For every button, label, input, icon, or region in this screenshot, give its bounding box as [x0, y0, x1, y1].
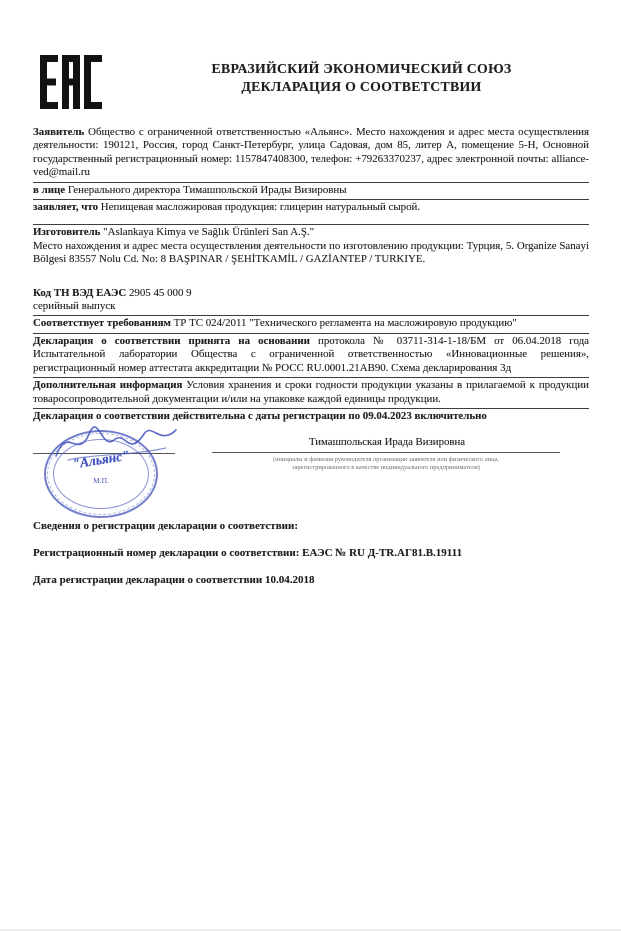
separator — [33, 333, 589, 334]
signature-caption-line2: зарегистрированного в качестве индивидуа… — [212, 464, 560, 472]
complies-text: ТР ТС 024/2011 "Технического регламента … — [174, 317, 517, 329]
title-declaration: ДЕКЛАРАЦИЯ О СООТВЕТСТВИИ — [118, 78, 605, 96]
title-union: ЕВРАЗИЙСКИЙ ЭКОНОМИЧЕСКИЙ СОЮЗ — [118, 60, 605, 78]
head-signature-line — [212, 452, 560, 453]
manufacturer-address: Место нахождения и адрес места осуществл… — [33, 240, 589, 267]
applicant-paragraph: Заявитель Общество с ограниченной ответс… — [33, 126, 589, 180]
registration-info-heading: Сведения о регистрации декларации о соот… — [33, 520, 589, 533]
registration-date-value: 10.04.2018 — [265, 574, 315, 586]
complies-label: Соответствует требованиям — [33, 317, 171, 329]
registration-number-value: ЕАЭС № RU Д-TR.АГ81.B.19111 — [302, 547, 462, 559]
tnved-code: 2905 45 000 9 — [129, 287, 192, 299]
tnved-label: Код ТН ВЭД ЕАЭС — [33, 287, 126, 299]
basis-label: Декларация о соответствии принята на осн… — [33, 335, 310, 347]
manufacturer-label: Изготовитель — [33, 226, 100, 238]
basis-paragraph: Декларация о соответствии принята на осн… — [33, 335, 589, 375]
spacer — [33, 214, 589, 222]
registration-date-line: Дата регистрации декларации о соответств… — [33, 574, 589, 587]
declares-line: заявляет, что Непищевая масложировая про… — [33, 201, 589, 214]
manufacturer-name: "Aslankaya Kimya ve Sağlık Ürünleri San … — [103, 226, 314, 238]
complies-line: Соответствует требованиям ТР ТС 024/2011… — [33, 317, 589, 330]
declares-text: Непищевая масложировая продукция: глицер… — [101, 201, 420, 213]
in-person-line: в лице Генерального директора Тимашпольс… — [33, 184, 589, 197]
spacer — [33, 267, 589, 287]
document-body: Заявитель Общество с ограниченной ответс… — [33, 126, 589, 423]
signature-caption: (инициалы и фамилия руководителя организ… — [212, 456, 560, 472]
head-name: Тимашпольская Ирада Визировна — [217, 436, 557, 448]
registration-number-line: Регистрационный номер декларации о соотв… — [33, 547, 589, 560]
separator — [33, 408, 589, 409]
separator — [33, 182, 589, 183]
separator — [33, 377, 589, 378]
separator — [33, 315, 589, 316]
registration-block: Сведения о регистрации декларации о соот… — [33, 520, 589, 601]
document-title: ЕВРАЗИЙСКИЙ ЭКОНОМИЧЕСКИЙ СОЮЗ ДЕКЛАРАЦИ… — [118, 60, 605, 95]
applicant-label: Заявитель — [33, 126, 84, 138]
eac-mark-icon — [40, 55, 102, 114]
registration-date-label: Дата регистрации декларации о соответств… — [33, 574, 262, 586]
additional-info-label: Дополнительная информация — [33, 379, 182, 391]
handwritten-signature — [48, 416, 188, 479]
additional-info-paragraph: Дополнительная информация Условия хранен… — [33, 379, 589, 406]
declares-label: заявляет, что — [33, 201, 98, 213]
in-person-text: Генерального директора Тимашпольской Ира… — [68, 184, 347, 196]
signature-caption-line1: (инициалы и фамилия руководителя организ… — [212, 456, 560, 464]
release-type-line: серийный выпуск — [33, 300, 589, 313]
manufacturer-paragraph: Изготовитель "Aslankaya Kimya ve Sağlık … — [33, 226, 589, 266]
registration-number-label: Регистрационный номер декларации о соотв… — [33, 547, 299, 559]
declaration-document-page: ЕВРАЗИЙСКИЙ ЭКОНОМИЧЕСКИЙ СОЮЗ ДЕКЛАРАЦИ… — [0, 0, 621, 931]
separator — [33, 199, 589, 200]
in-person-label: в лице — [33, 184, 65, 196]
applicant-text: Общество с ограниченной ответственностью… — [33, 126, 589, 178]
tnved-line: Код ТН ВЭД ЕАЭС 2905 45 000 9 — [33, 287, 589, 300]
